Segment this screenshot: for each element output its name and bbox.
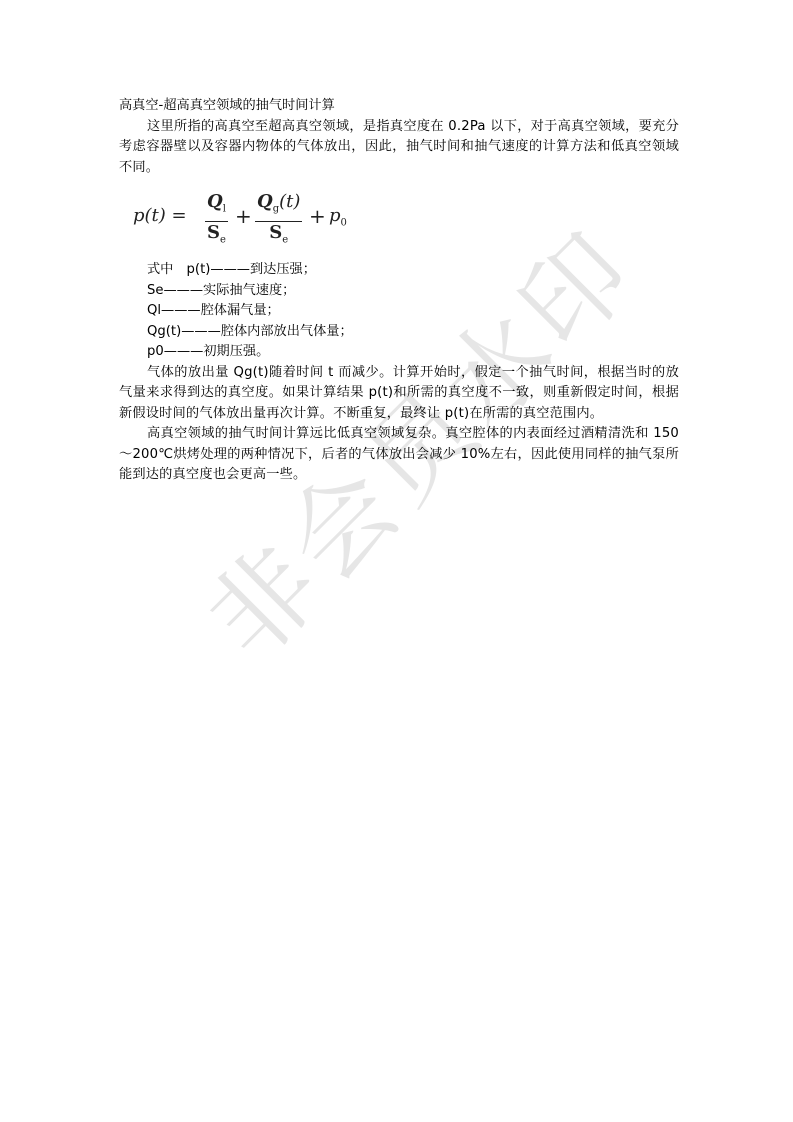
paragraph-iteration: 气体的放出量 Qg(t)随着时间 t 而减少。计算开始时，假定一个抽气时间，根据… (119, 363, 679, 425)
formula-term-leak: Ql Se (205, 192, 228, 251)
document-title: 高真空-超高真空领域的抽气时间计算 (119, 96, 679, 117)
document-page: 高真空-超高真空领域的抽气时间计算 这里所指的高真空至超高真空领域，是指真空度在… (119, 96, 679, 486)
definition-p0: p0———初期压强。 (147, 342, 679, 363)
definition-se: Se———实际抽气速度； (147, 281, 679, 302)
formula-lhs: p(t) = (133, 206, 187, 227)
definition-ql: Ql———腔体漏气量； (147, 301, 679, 322)
formula-term-initial-pressure: p0 (329, 206, 347, 234)
formula-term-outgas: Qg(t) Se (255, 192, 302, 251)
formula-plus-2: + (309, 206, 326, 227)
paragraph-complexity: 高真空领域的抽气时间计算远比低真空领域复杂。真空腔体的内表面经过酒精清洗和 15… (119, 424, 679, 486)
pressure-formula: p(t) = Ql Se + Qg(t) Se + p0 (133, 192, 679, 254)
definition-pt: 式中 p(t)———到达压强； (147, 260, 679, 281)
paragraph-intro: 这里所指的高真空至超高真空领域，是指真空度在 0.2Pa 以下，对于高真空领域，… (119, 117, 679, 179)
definition-qgt: Qg(t)———腔体内部放出气体量； (147, 322, 679, 343)
variable-definitions: 式中 p(t)———到达压强； Se———实际抽气速度； Ql———腔体漏气量；… (119, 260, 679, 363)
formula-plus-1: + (235, 206, 252, 227)
